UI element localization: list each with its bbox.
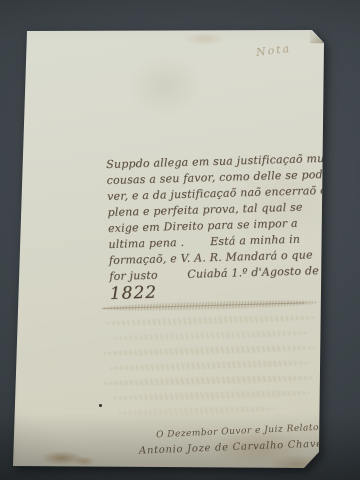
ink-bleedthrough <box>102 295 321 421</box>
photograph-of-manuscript: Nota Suppdo allega em sua justificaçaõ m… <box>0 0 360 480</box>
paper-sheet-shadow: Nota Suppdo allega em sua justificaçaõ m… <box>0 0 360 480</box>
signature-name: Antonio Joze de Carvalho Chaves <box>139 438 329 456</box>
folded-corner <box>310 30 324 44</box>
ink-dot <box>99 404 102 407</box>
paper-sheet: Nota Suppdo allega em sua justificaçaõ m… <box>0 0 360 480</box>
signature-title: O Dezembor Ouvor e Juiz Relator Intº <box>156 422 347 441</box>
letter-body: Suppdo allega em sua justificaçaõ muitas… <box>106 151 324 303</box>
docket-annotation: Nota <box>255 42 292 59</box>
